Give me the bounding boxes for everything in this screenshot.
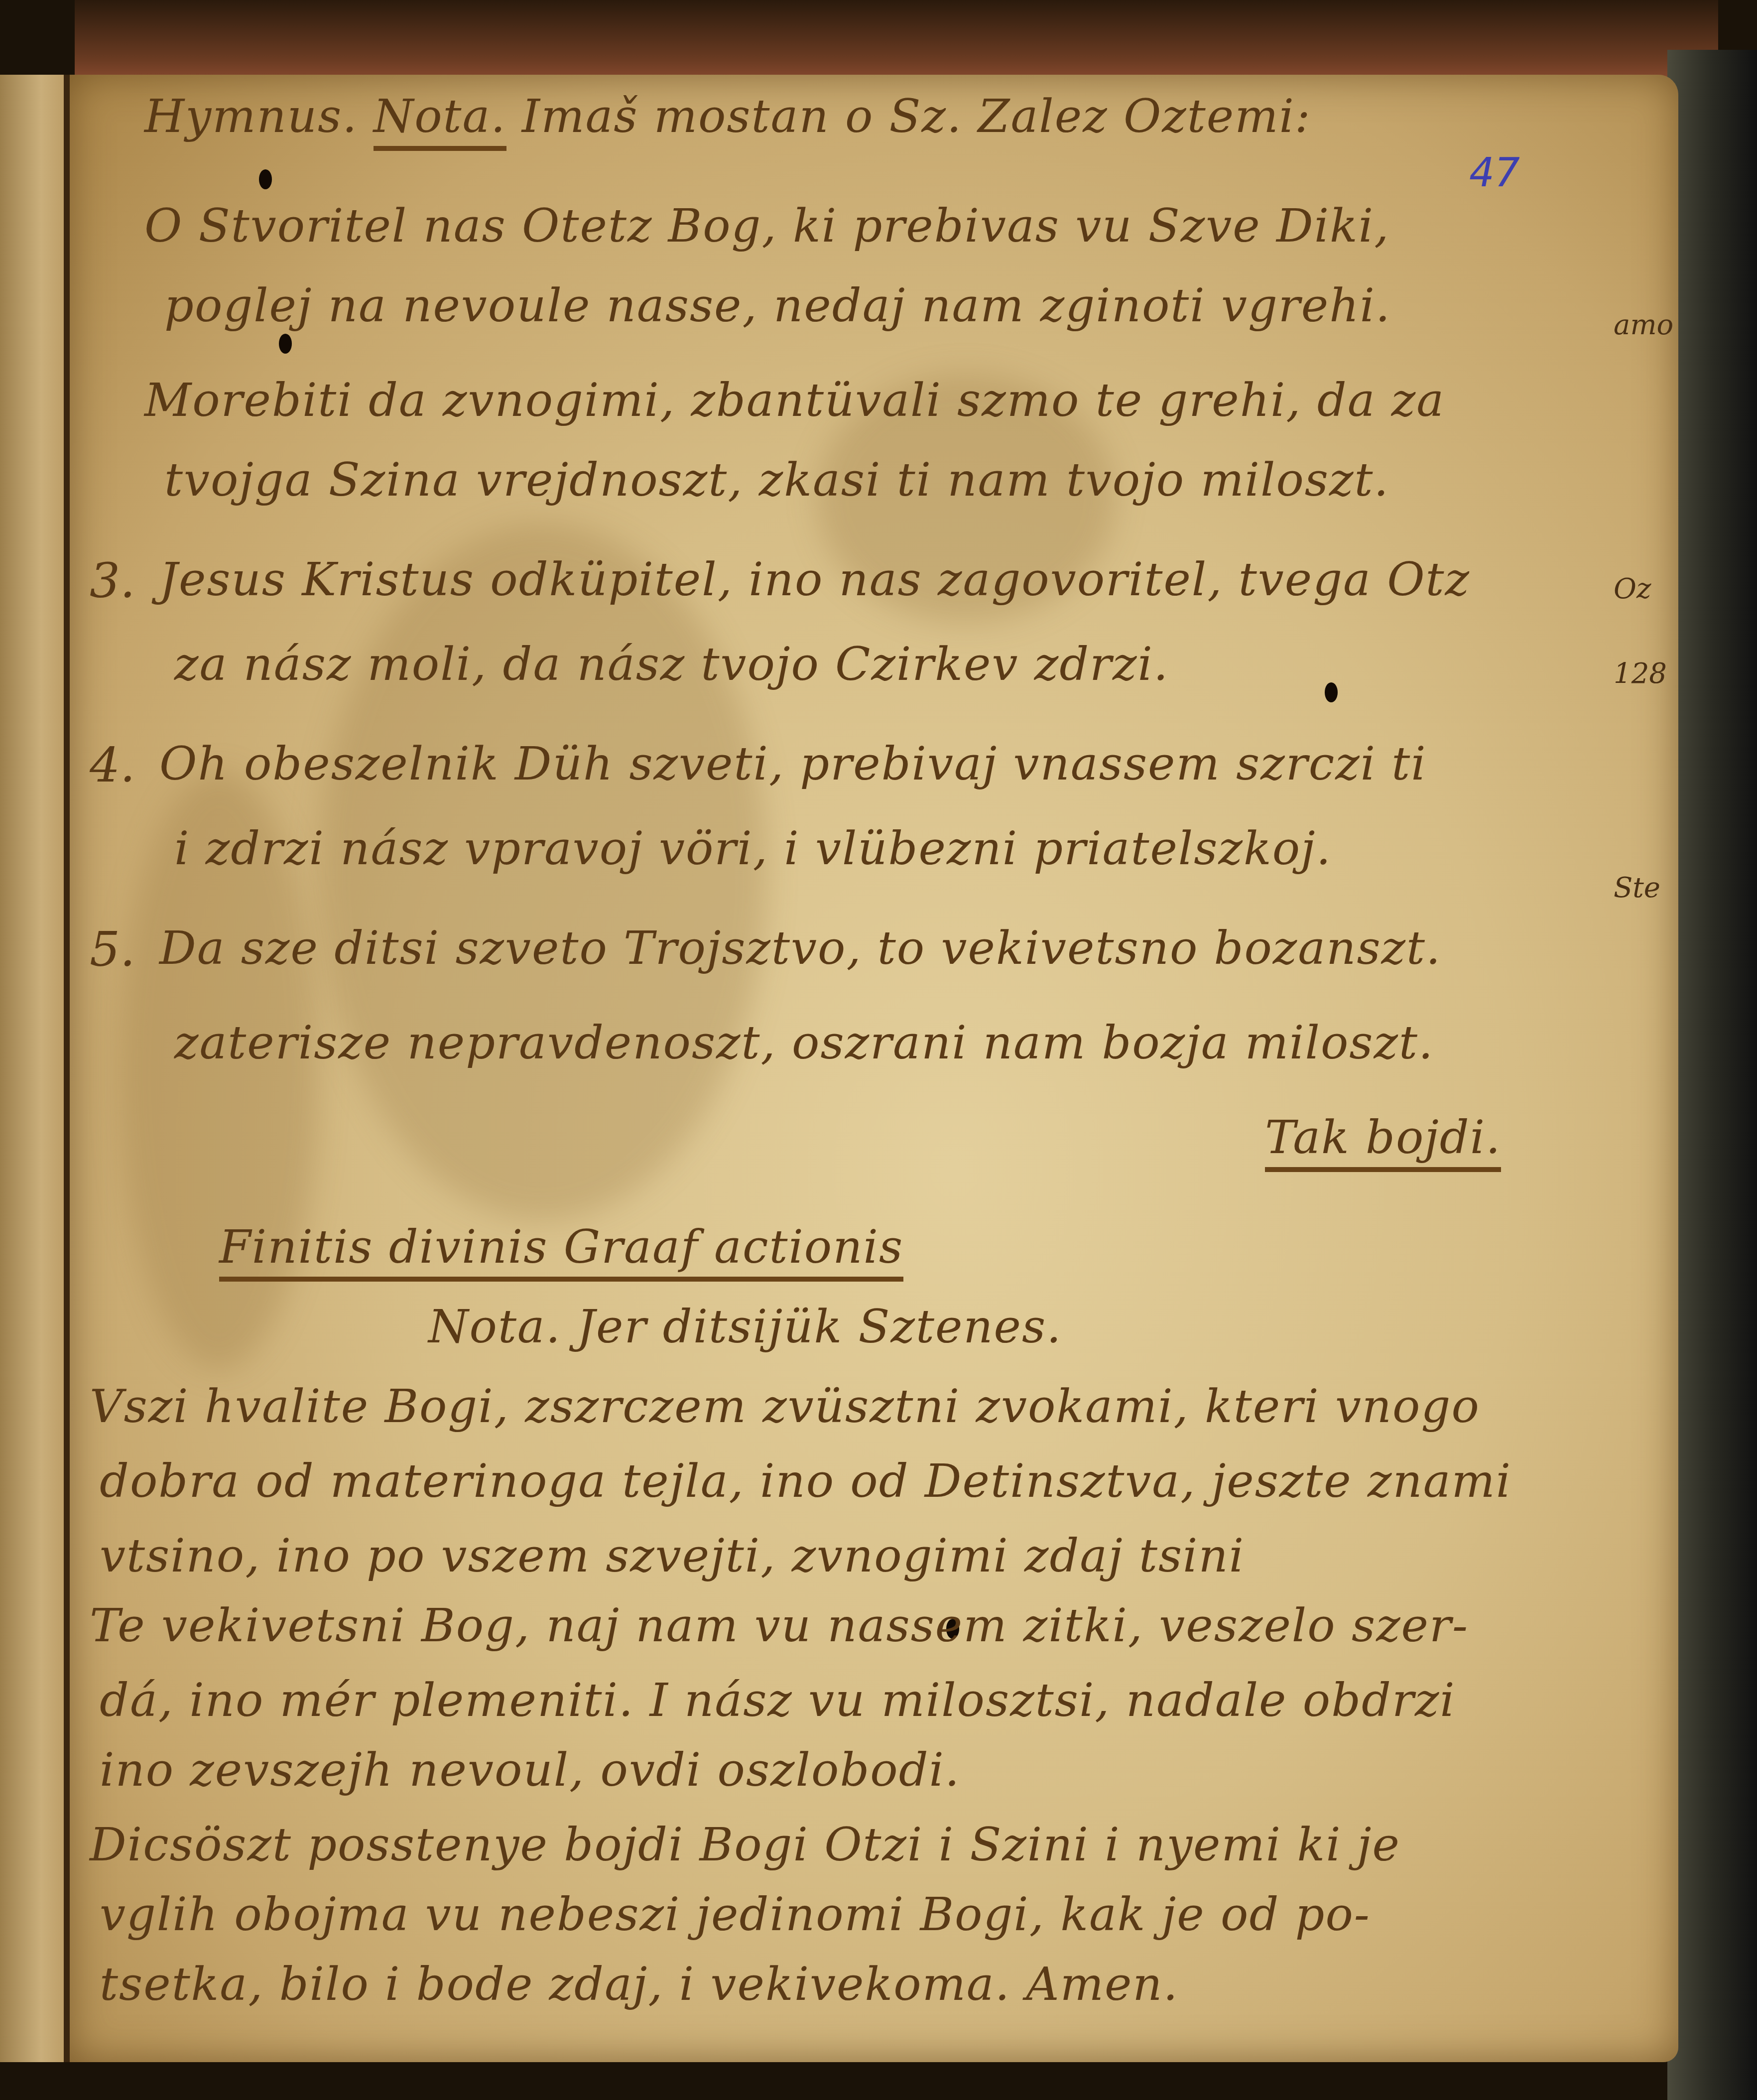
section-nota: Nota. Jer ditsijük Sztenes.: [428, 1300, 1062, 1353]
prose-line-1: Vszi hvalite Bogi, zszrczem zvüsztni zvo…: [90, 1380, 1480, 1433]
prose-line-2: dobra od materinoga tejla, ino od Detins…: [100, 1454, 1511, 1508]
prose-line-3: vtsino, ino po vszem szvejti, zvnogimi z…: [100, 1529, 1245, 1582]
prose-line-9: tsetka, bilo i bode zdaj, i vekivekoma. …: [100, 1958, 1179, 2011]
worm-hole: [279, 334, 292, 354]
worm-hole: [259, 169, 272, 189]
margin-note-4: Ste: [1614, 872, 1660, 904]
book-cover-edge: [1667, 50, 1757, 2100]
stanza-5-number: 5.: [90, 921, 135, 977]
stanza-5-line-1: Da sze ditsi szveto Trojsztvo, to vekive…: [159, 921, 1441, 975]
stanza-5-line-2: zateriszе nepravdenoszt, oszrani nam boz…: [174, 1016, 1434, 1069]
folio-number: 47: [1469, 149, 1520, 196]
gutter-fold: [64, 75, 70, 2062]
heading-hymnus: Hymnus.: [144, 90, 358, 143]
manuscript-page: Hymnus. Nota. Imaš mostan o Sz. Zalez Oz…: [70, 75, 1678, 2062]
stanza-2-line-2: tvojga Szina vrejdnoszt, zkasi ti nam tv…: [164, 453, 1389, 507]
stanza-4-number: 4.: [90, 737, 135, 793]
stanza-1-line-1: O Stvoritel nas Otetz Bog, ki prebivas v…: [144, 199, 1390, 253]
stanza-3-number: 3.: [90, 553, 135, 609]
worm-hole: [1325, 682, 1338, 702]
prose-line-7: Dicsöszt posstenye bojdi Bogi Otzi i Szi…: [90, 1818, 1400, 1871]
prose-line-5: dá, ino mér plemeniti. I nász vu miloszt…: [100, 1674, 1456, 1727]
margin-note-2: Oz: [1614, 573, 1651, 605]
section-title: Finitis divinis Graaf actionis: [219, 1220, 903, 1282]
stanza-2-line-1: Morebiti da zvnogimi, zbantüvali szmo te…: [144, 374, 1445, 427]
margin-note-1: amo: [1614, 309, 1673, 341]
stanza-1-line-2: poglej na nevoule nasse, nedaj nam zgino…: [164, 279, 1391, 332]
stanza-4-line-1: Oh obeszelnik Düh szveti, prebivaj vnass…: [159, 737, 1427, 790]
stanza-4-line-2: i zdrzi nász vpravoj vöri, i vlübezni pr…: [174, 822, 1332, 875]
page-heading: Hymnus. Nota. Imaš mostan o Sz. Zalez Oz…: [144, 90, 1311, 143]
stanza-3-line-1: Jesus Kristus odküpitel, ino nas zagovor…: [159, 553, 1470, 606]
stanza-3-line-2: za nász moli, da nász tvojo Czirkev zdrz…: [174, 638, 1169, 691]
prose-line-6: ino zevszejh nevoul, ovdi oszlobodi.: [100, 1743, 960, 1797]
margin-note-3: 128: [1614, 657, 1667, 690]
closing-amen: Tak bojdi.: [1265, 1111, 1501, 1172]
heading-nota: Nota.: [374, 90, 506, 151]
prose-line-4: Te vekivetsni Bog, naj nam vu nassem zit…: [90, 1599, 1469, 1652]
heading-text: Imaš mostan o Sz. Zalez Oztemi:: [522, 90, 1311, 143]
prose-line-8: vglih obojma vu nebeszi jedinomi Bogi, k…: [100, 1888, 1371, 1941]
